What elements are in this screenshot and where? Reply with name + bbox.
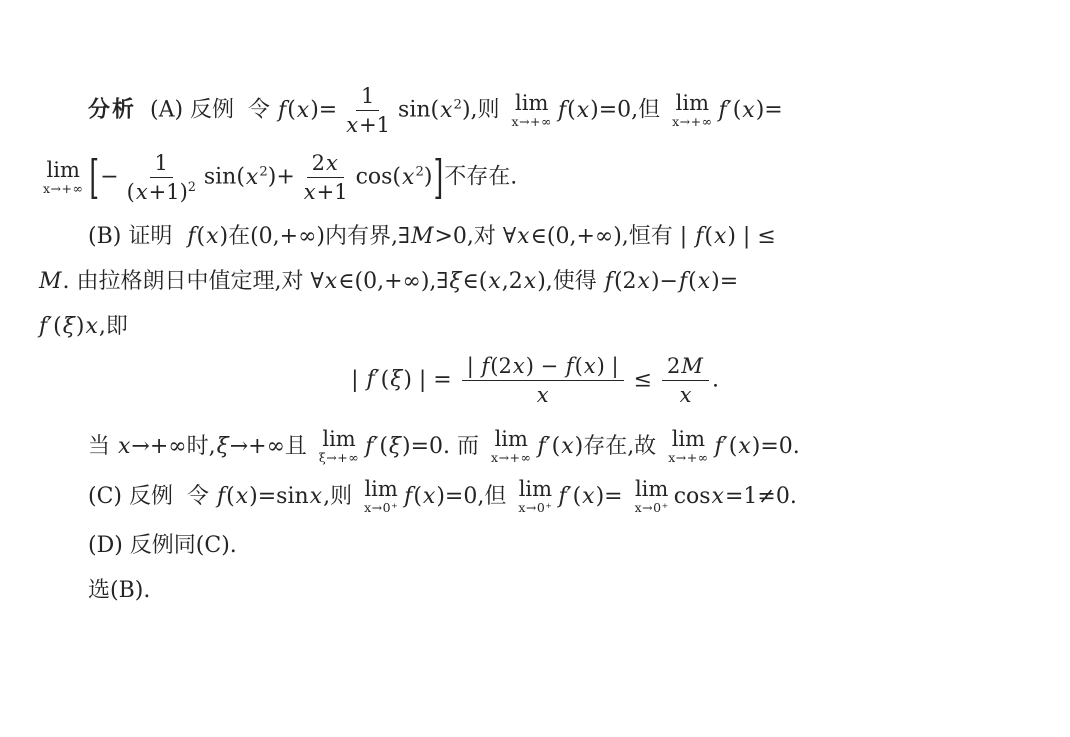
text-run: →+∞且 (230, 434, 314, 459)
limit-subscript: x→0⁺ (364, 502, 398, 515)
text-run: ( (575, 354, 583, 378)
math-variable: x (439, 98, 453, 123)
text-run: ∈(0,+∞),恒有 | (531, 224, 695, 249)
numerator: 1 (150, 151, 173, 178)
math-variable: M (410, 224, 435, 249)
math-variable: f′ (714, 434, 729, 459)
limit-operator: limx→+∞ (672, 93, 712, 129)
superscript: 2 (259, 165, 267, 180)
lim-word: lim (519, 479, 552, 500)
text-run: )= (310, 98, 337, 123)
text-run: 1 (155, 151, 168, 175)
text-run: ) | (597, 354, 619, 378)
text-run: )= (596, 484, 630, 509)
numerator: 1 (356, 84, 379, 111)
limit-operator: limx→+∞ (43, 160, 83, 196)
text-run: ,2 (502, 269, 523, 294)
math-variable: x (637, 269, 651, 294)
text-run: =1≠0. (725, 484, 797, 509)
math-variable: f (678, 269, 688, 294)
big-bracket: ] (432, 155, 444, 201)
paragraph-b-line-1: (B) 证明 f(x)在(0,+∞)内有界,∃M>0,对 ∀x∈(0,+∞),恒… (38, 219, 1032, 250)
denominator: (x+1)2 (122, 178, 201, 204)
lim-word: lim (635, 479, 668, 500)
math-variable: x (737, 434, 751, 459)
text-run: )=0. 而 (402, 434, 486, 459)
text-run: )=0,但 (436, 484, 513, 509)
denominator: x (674, 381, 698, 407)
text-run: ,则 (323, 484, 359, 509)
numerator: 2M (662, 354, 709, 381)
math-variable: x (303, 180, 317, 204)
math-variable: x (711, 484, 725, 509)
math-variable: f′ (365, 367, 380, 392)
limit-subscript: x→+∞ (43, 183, 83, 196)
math-variable: x (84, 314, 98, 339)
text-run: ( (552, 434, 561, 459)
text-run: 当 (88, 434, 117, 459)
text-run: 2 (312, 151, 325, 175)
text-run: ( (196, 224, 205, 249)
math-variable: f (604, 269, 614, 294)
limit-subscript: x→+∞ (512, 116, 552, 129)
text-run: (C) 反例 令 (88, 484, 216, 509)
text-run: →+∞时, (131, 434, 215, 459)
text-run: (A) 反例 令 (136, 98, 277, 123)
math-variable: x (581, 484, 595, 509)
text-run: ( (127, 180, 135, 204)
text-run: ),使得 (537, 269, 604, 294)
text-run: ( (53, 314, 62, 339)
text-run: ∈(0,+∞),∃ (338, 269, 448, 294)
math-variable: x (135, 180, 149, 204)
lim-word: lim (495, 429, 528, 450)
text-run: sin( (204, 165, 245, 190)
text-run: )+ (268, 165, 295, 190)
denominator: x+1 (340, 111, 395, 137)
text-run: cos (674, 484, 711, 509)
text-run: sin( (398, 98, 439, 123)
text-run: ( (226, 484, 235, 509)
limit-subscript: x→0⁺ (635, 502, 669, 515)
text-run: +1 (317, 180, 348, 204)
lim-word: lim (322, 429, 355, 450)
math-variable: f (186, 224, 196, 249)
paragraph-c: (C) 反例 令 f(x)=sinx,则 limx→0⁺f(x)=0,但 lim… (38, 479, 1032, 515)
math-variable: x (516, 224, 530, 249)
math-variable: x (245, 165, 259, 190)
math-variable: f (557, 98, 567, 123)
text-run: − (100, 165, 118, 190)
math-variable: f (481, 354, 491, 378)
limit-operator: limx→0⁺ (364, 479, 398, 515)
text-run: ( (379, 434, 388, 459)
limit-subscript: ξ→+∞ (319, 452, 359, 465)
math-variable: x (117, 434, 131, 459)
paragraph-analysis-a: 分析 (A) 反例 令 f(x)=1x+1sin(x2),则 limx→+∞f(… (38, 84, 1032, 137)
equation-display: | f′(ξ) | = | f(2x) − f(x) |x ≤ 2Mx. (38, 354, 1032, 407)
text-run: )− (651, 269, 678, 294)
fraction: 2Mx (662, 354, 709, 407)
math-variable: x (296, 98, 310, 123)
text-run: cos( (356, 165, 401, 190)
solution-document: 分析 (A) 反例 令 f(x)=1x+1sin(x2),则 limx→+∞f(… (0, 0, 1070, 737)
math-variable: f (694, 224, 704, 249)
paragraph-a-formula: limx→+∞[−1(x+1)2sin(x2)+2xx+1cos(x2)]不存在… (38, 151, 1032, 204)
lim-word: lim (676, 93, 709, 114)
fraction: 1(x+1)2 (122, 151, 201, 204)
text-run: ( (287, 98, 296, 123)
text-run: 选(B). (88, 578, 150, 603)
lim-word: lim (364, 479, 397, 500)
math-variable: ξ (62, 314, 76, 339)
limit-operator: limx→+∞ (668, 429, 708, 465)
math-variable: x (679, 383, 693, 407)
math-variable: x (487, 269, 501, 294)
text-run: )=sin (249, 484, 309, 509)
math-variable: ξ (216, 434, 230, 459)
text-run: ),则 (462, 98, 507, 123)
math-variable: x (512, 354, 526, 378)
limit-subscript: x→+∞ (672, 116, 712, 129)
text-run: ( (381, 367, 390, 392)
math-variable: x (345, 113, 359, 137)
superscript: 2 (188, 179, 196, 194)
math-variable: f′ (536, 434, 551, 459)
superscript: 2 (454, 97, 462, 112)
text-run: >0,对 ∀ (434, 224, 516, 249)
math-variable: x (536, 383, 550, 407)
text-run: )= (711, 269, 738, 294)
numerator: | f(2x) − f(x) | (462, 354, 624, 381)
math-variable: f′ (557, 484, 572, 509)
text-run: ( (567, 98, 576, 123)
denominator: x+1 (298, 178, 353, 204)
math-variable: f′ (364, 434, 379, 459)
text-run: ( (704, 224, 713, 249)
limit-subscript: x→+∞ (668, 452, 708, 465)
paragraph-d: (D) 反例同(C). (38, 528, 1032, 559)
math-variable: f (216, 484, 226, 509)
fraction: | f(2x) − f(x) |x (462, 354, 624, 407)
text-run: ≤ (627, 367, 659, 392)
math-variable: x (324, 269, 338, 294)
text-run: ( (413, 484, 422, 509)
denominator: x (531, 381, 555, 407)
math-variable: x (583, 354, 597, 378)
math-variable: f (277, 98, 287, 123)
text-run: | (467, 354, 481, 378)
math-variable: x (523, 269, 537, 294)
limit-subscript: x→+∞ (491, 452, 531, 465)
paragraph-answer: 选(B). (38, 573, 1032, 604)
text-run: . (712, 367, 719, 392)
math-variable: M (38, 269, 63, 294)
text-run: ( (733, 98, 742, 123)
limit-operator: limx→0⁺ (518, 479, 552, 515)
text-run: +1) (149, 180, 188, 204)
math-variable: ξ (448, 269, 462, 294)
math-variable: ξ (389, 367, 403, 392)
math-variable: M (680, 354, 704, 378)
math-variable: x (713, 224, 727, 249)
text-run: )= (756, 98, 783, 123)
text-run: )=0,但 (590, 98, 667, 123)
text-run: )=0. (752, 434, 800, 459)
math-variable: x (422, 484, 436, 509)
text-run: ) − (526, 354, 565, 378)
lim-word: lim (672, 429, 705, 450)
text-run: (D) 反例同(C). (88, 533, 237, 558)
math-variable: x (401, 165, 415, 190)
fraction: 2xx+1 (298, 151, 353, 204)
text-run: (B) 证明 (88, 224, 186, 249)
fraction: 1x+1 (340, 84, 395, 137)
lim-word: lim (47, 160, 80, 181)
text-run: ∈( (462, 269, 487, 294)
math-variable: x (741, 98, 755, 123)
text-run: | (351, 367, 365, 392)
math-variable: x (235, 484, 249, 509)
text-run: 2 (667, 354, 680, 378)
lim-word: lim (515, 93, 548, 114)
limit-operator: limx→+∞ (512, 93, 552, 129)
big-bracket: [ (88, 155, 100, 201)
math-variable: x (576, 98, 590, 123)
math-variable: x (325, 151, 339, 175)
text-run: 不存在. (444, 165, 517, 190)
text-run: (2 (614, 269, 637, 294)
numerator: 2x (307, 151, 344, 178)
math-variable: ξ (388, 434, 402, 459)
paragraph-b-line-2: M. 由拉格朗日中值定理,对 ∀x∈(0,+∞),∃ξ∈(x,2x),使得 f(… (38, 264, 1032, 295)
text-run: ) | ≤ (727, 224, 775, 249)
text-run: (2 (490, 354, 512, 378)
superscript: 2 (415, 165, 423, 180)
math-variable: f′ (38, 314, 53, 339)
math-variable: x (697, 269, 711, 294)
text-run: )存在,故 (575, 434, 664, 459)
text-run: 1 (361, 84, 374, 108)
text-run: ( (573, 484, 582, 509)
math-variable: x (205, 224, 219, 249)
math-variable: f (565, 354, 575, 378)
math-variable: f′ (718, 98, 733, 123)
text-run: +1 (359, 113, 390, 137)
paragraph-b-line-3: f′(ξ)x,即 (38, 309, 1032, 340)
math-variable: f (403, 484, 413, 509)
text-run: ,即 (99, 314, 128, 339)
bold-label: 分析 (88, 98, 136, 123)
text-run: . 由拉格朗日中值定理,对 ∀ (63, 269, 324, 294)
text-run: ) | = (403, 367, 458, 392)
math-variable: x (560, 434, 574, 459)
text-run: )在(0,+∞)内有界,∃ (220, 224, 410, 249)
limit-operator: limx→+∞ (491, 429, 531, 465)
paragraph-b-conclusion: 当 x→+∞时,ξ→+∞且 limξ→+∞f′(ξ)=0. 而 limx→+∞f… (38, 429, 1032, 465)
text-run: ( (688, 269, 697, 294)
limit-operator: limξ→+∞ (319, 429, 359, 465)
limit-subscript: x→0⁺ (518, 502, 552, 515)
text-run: ) (424, 165, 433, 190)
math-variable: x (309, 484, 323, 509)
limit-operator: limx→0⁺ (635, 479, 669, 515)
